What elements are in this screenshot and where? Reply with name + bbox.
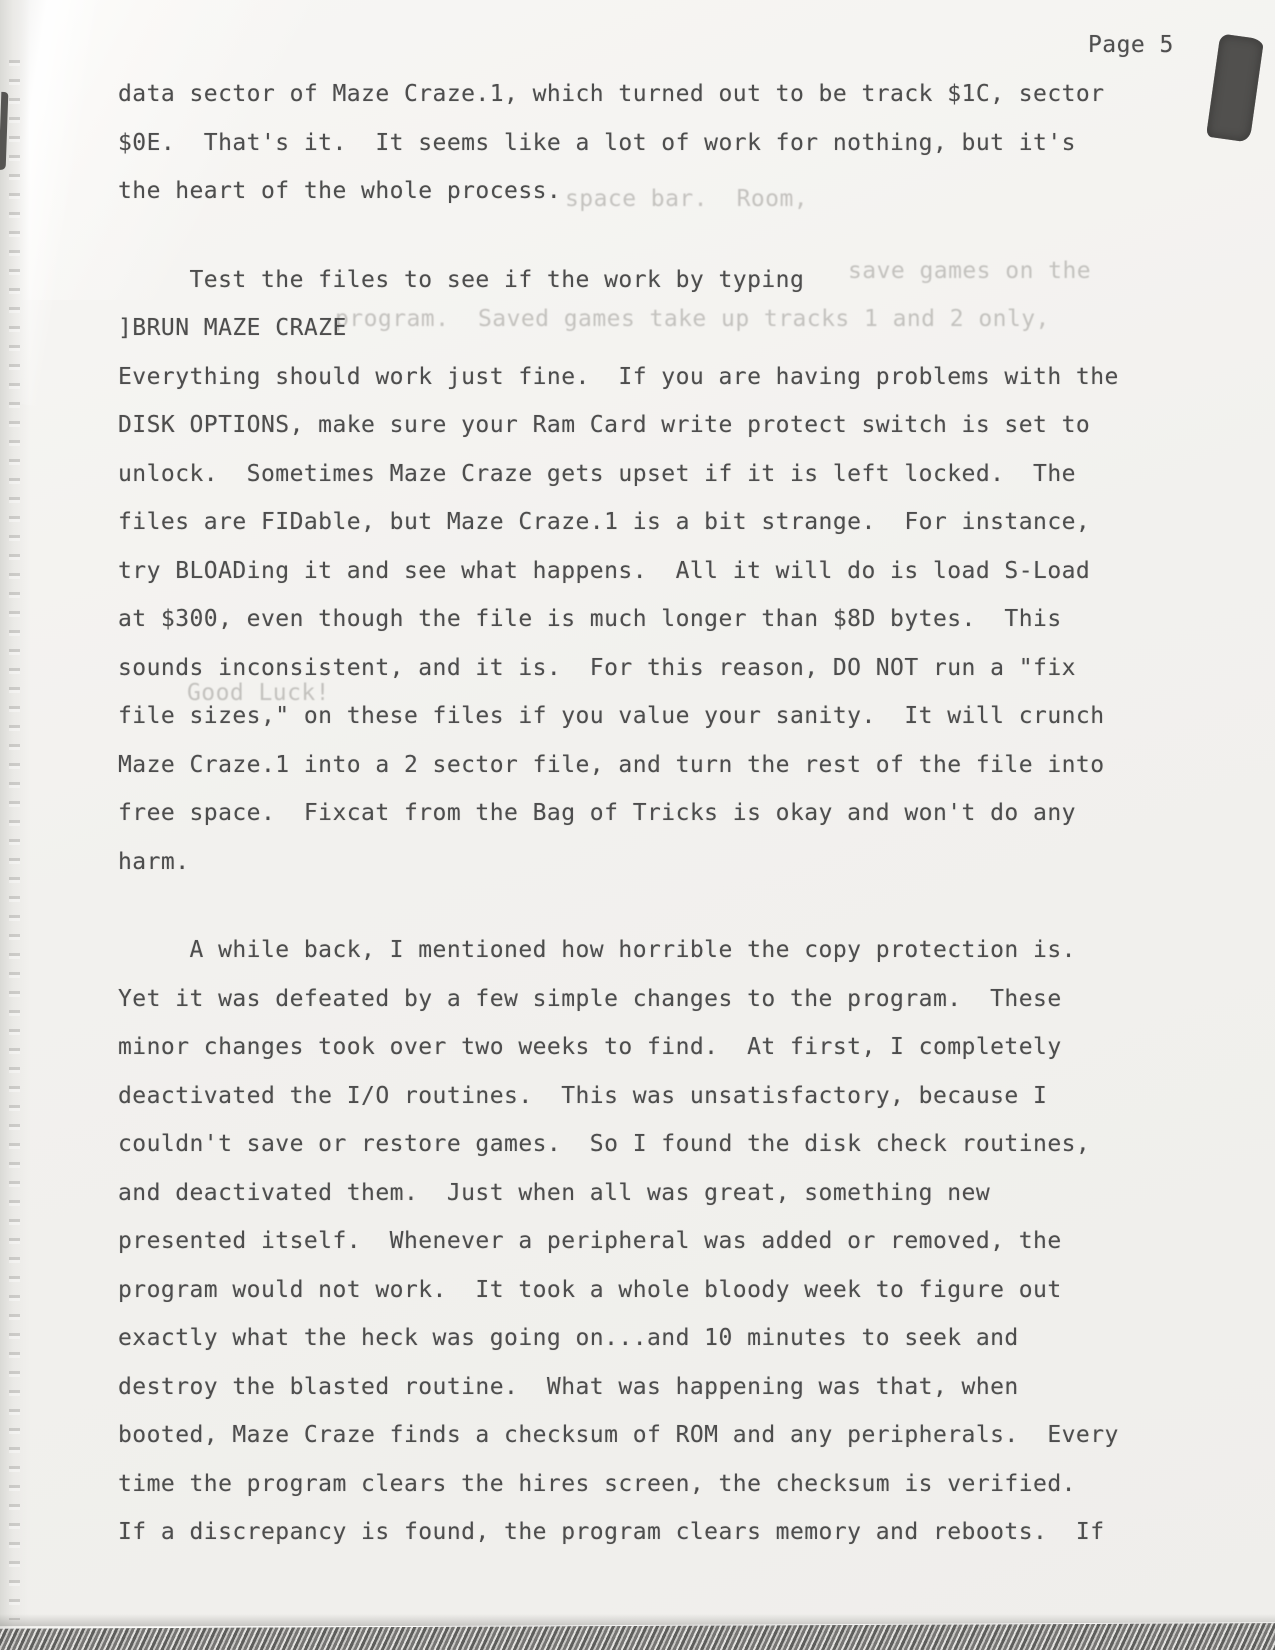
text-line: couldn't save or restore games. So I fou… bbox=[118, 1120, 1158, 1169]
black-marker-mark bbox=[1206, 33, 1264, 142]
text-line: at $300, even though the file is much lo… bbox=[118, 595, 1158, 644]
text-line: exactly what the heck was going on...and… bbox=[118, 1314, 1158, 1363]
text-line: free space. Fixcat from the Bag of Trick… bbox=[118, 789, 1158, 838]
page-number: Page 5 bbox=[1088, 32, 1174, 58]
paragraph: Test the files to see if the work by typ… bbox=[118, 256, 1158, 887]
text-line: Yet it was defeated by a few simple chan… bbox=[118, 975, 1158, 1024]
paragraph: data sector of Maze Craze.1, which turne… bbox=[118, 70, 1158, 216]
paragraph: A while back, I mentioned how horrible t… bbox=[118, 926, 1158, 1557]
text-line: try BLOADing it and see what happens. Al… bbox=[118, 547, 1158, 596]
page-left-edge-shading bbox=[0, 0, 30, 1650]
text-line: sounds inconsistent, and it is. For this… bbox=[118, 644, 1158, 693]
text-line: the heart of the whole process. bbox=[118, 167, 1158, 216]
text-line: presented itself. Whenever a peripheral … bbox=[118, 1217, 1158, 1266]
page-crease-highlight bbox=[0, 0, 108, 407]
document-body: data sector of Maze Craze.1, which turne… bbox=[118, 70, 1158, 1557]
text-line: DISK OPTIONS, make sure your Ram Card wr… bbox=[118, 401, 1158, 450]
text-line: file sizes," on these files if you value… bbox=[118, 692, 1158, 741]
binding-edge-texture bbox=[0, 1623, 1275, 1650]
text-line: booted, Maze Craze finds a checksum of R… bbox=[118, 1411, 1158, 1460]
text-line: $0E. That's it. It seems like a lot of w… bbox=[118, 119, 1158, 168]
text-line: harm. bbox=[118, 838, 1158, 887]
text-line: If a discrepancy is found, the program c… bbox=[118, 1508, 1158, 1557]
text-line: and deactivated them. Just when all was … bbox=[118, 1169, 1158, 1218]
text-line: program would not work. It took a whole … bbox=[118, 1266, 1158, 1315]
text-line: data sector of Maze Craze.1, which turne… bbox=[118, 70, 1158, 119]
text-line: A while back, I mentioned how horrible t… bbox=[118, 926, 1158, 975]
text-line: minor changes took over two weeks to fin… bbox=[118, 1023, 1158, 1072]
text-line: Everything should work just fine. If you… bbox=[118, 353, 1158, 402]
text-line: files are FIDable, but Maze Craze.1 is a… bbox=[118, 498, 1158, 547]
text-line: time the program clears the hires screen… bbox=[118, 1460, 1158, 1509]
text-line: ]BRUN MAZE CRAZE bbox=[118, 304, 1158, 353]
text-line: deactivated the I/O routines. This was u… bbox=[118, 1072, 1158, 1121]
scanned-document-page: { "document": { "page_label": "Page 5", … bbox=[0, 0, 1275, 1650]
text-line: destroy the blasted routine. What was ha… bbox=[118, 1363, 1158, 1412]
perforation-stitch-line bbox=[9, 60, 20, 1620]
text-line: Test the files to see if the work by typ… bbox=[118, 256, 1158, 305]
text-line: Maze Craze.1 into a 2 sector file, and t… bbox=[118, 741, 1158, 790]
page-edge-sliver bbox=[0, 92, 8, 170]
text-line: unlock. Sometimes Maze Craze gets upset … bbox=[118, 450, 1158, 499]
